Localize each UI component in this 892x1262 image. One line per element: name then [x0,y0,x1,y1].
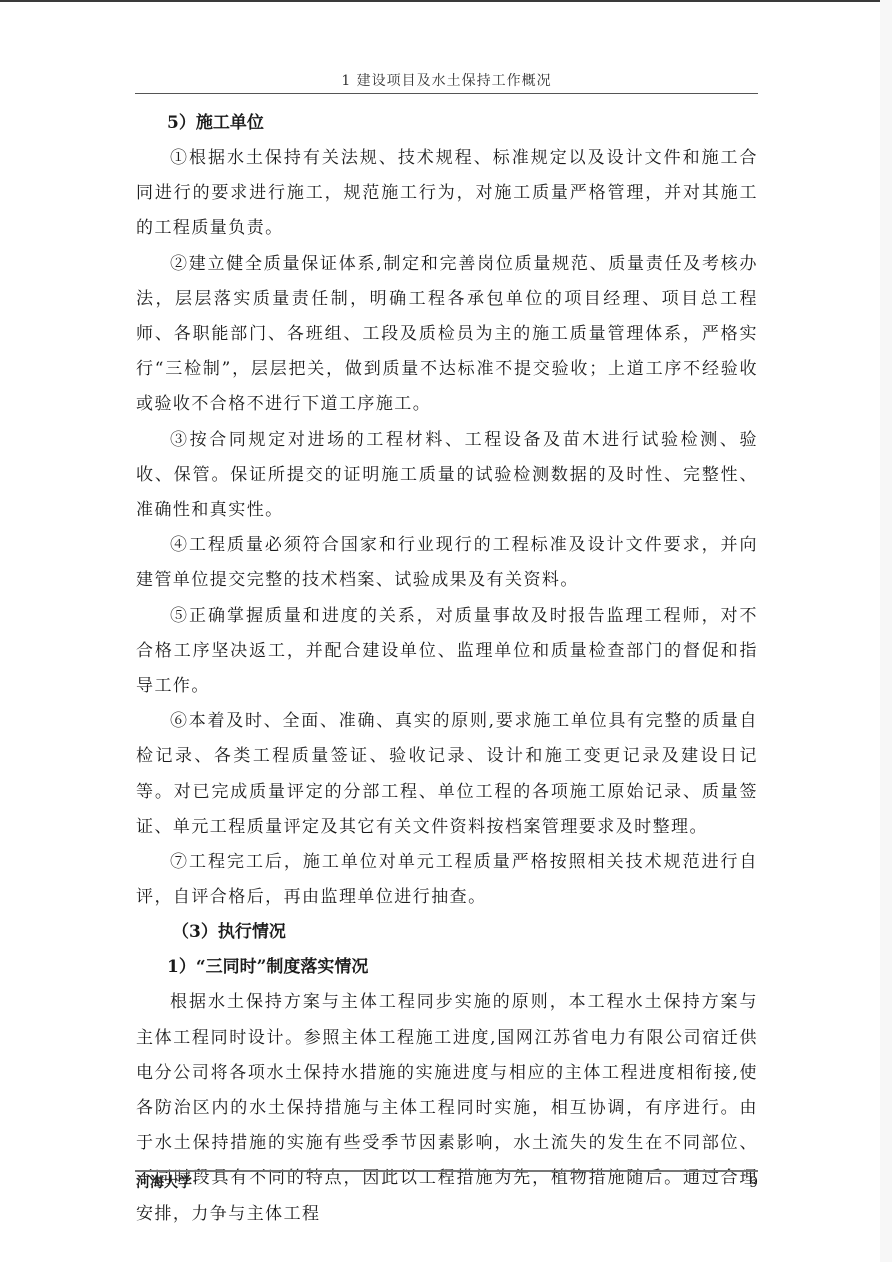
subsection-heading-three-simultaneous: 1）“三同时”制度落实情况 [136,950,758,985]
list-item-6: ⑥本着及时、全面、准确、真实的原则,要求施工单位具有完整的质量自检记录、各类工程… [136,704,758,845]
page-right-shadow [880,0,892,1262]
page-body: 5）施工单位 ①根据水土保持有关法规、技术规程、标准规定以及设计文件和施工合同进… [136,106,758,1232]
list-item-7: ⑦工程完工后，施工单位对单元工程质量严格按照相关技术规范进行自评，自评合格后，再… [136,845,758,915]
page-number: 9 [740,1173,758,1193]
section-heading-construction-unit: 5）施工单位 [136,106,758,141]
header-rule [135,93,758,94]
section-heading-execution: （3）执行情况 [136,915,758,950]
subsection-body-paragraph: 根据水土保持方案与主体工程同步实施的原则，本工程水土保持方案与主体工程同时设计。… [136,985,758,1231]
footer-institution: 河海大学 [136,1173,192,1193]
page-top-border [0,0,892,2]
list-item-3: ③按合同规定对进场的工程材料、工程设备及苗木进行试验检测、验收、保管。保证所提交… [136,423,758,529]
running-header-title: 1 建设项目及水土保持工作概况 [135,70,758,92]
list-item-2: ②建立健全质量保证体系,制定和完善岗位质量规范、质量责任及考核办法，层层落实质量… [136,247,758,423]
list-item-4: ④工程质量必须符合国家和行业现行的工程标准及设计文件要求，并向建管单位提交完整的… [136,528,758,598]
list-item-5: ⑤正确掌握质量和进度的关系，对质量事故及时报告监理工程师，对不合格工序坚决返工，… [136,599,758,705]
list-item-1: ①根据水土保持有关法规、技术规程、标准规定以及设计文件和施工合同进行的要求进行施… [136,141,758,247]
footer-rule [135,1170,758,1172]
